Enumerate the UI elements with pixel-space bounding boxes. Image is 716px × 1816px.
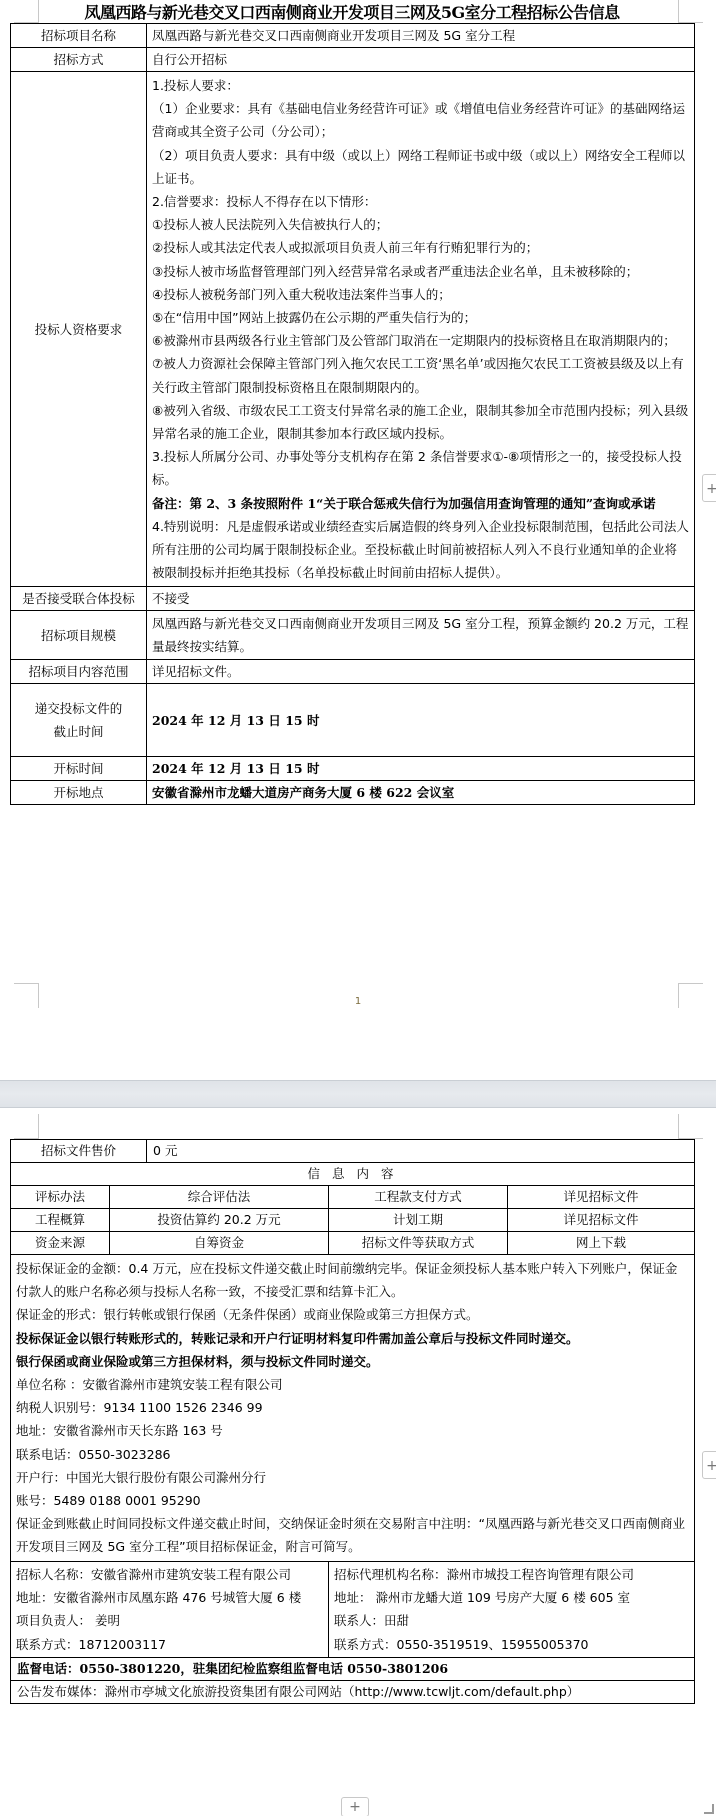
- table-row: 招标项目内容范围 详见招标文件。: [11, 660, 695, 684]
- deposit-bold-note-1: 投标保证金以银行转账形式的，转账记录和开户行证明材料复印件需加盖公章后与投标文件…: [16, 1327, 689, 1350]
- agent-address: 地址： 滁州市龙蟠大道 109 号房产大厦 6 楼 605 室: [334, 1586, 689, 1609]
- info-cell: 综合评估法: [110, 1186, 329, 1209]
- requirement-line: ④投标人被税务部门列入重大税收违法案件当事人的；: [152, 283, 689, 306]
- info-cell: 资金来源: [11, 1232, 110, 1255]
- info-cell: 详见招标文件: [508, 1209, 695, 1232]
- requirement-line: （1）企业要求：具有《基础电信业务经营许可证》或《增值电信业务经营许可证》的基础…: [152, 97, 689, 143]
- requirement-line: ①投标人被人民法院列入失信被执行人的；: [152, 213, 689, 236]
- page-number: 1: [0, 996, 716, 1007]
- requirement-line: 1.投标人要求：: [152, 74, 689, 97]
- table-row: 招标项目规模 凤凰西路与新光巷交叉口西南侧商业开发项目三网及 5G 室分工程，预…: [11, 611, 695, 660]
- info-cell: 评标办法: [11, 1186, 110, 1209]
- project-scale-value: 凤凰西路与新光巷交叉口西南侧商业开发项目三网及 5G 室分工程，预算金额约 20…: [147, 611, 695, 660]
- info-cell: 详见招标文件: [508, 1186, 695, 1209]
- consortium-label: 是否接受联合体投标: [11, 587, 147, 611]
- document-page-1: 凤凰西路与新光巷交叉口西南侧商业开发项目三网及5G室分工程招标公告信息 招标项目…: [0, 0, 716, 1080]
- requirement-line: （2）项目负责人要求：具有中级（或以上）网络工程师证书或中级（或以上）网络安全工…: [152, 144, 689, 190]
- plus-icon: +: [706, 1458, 716, 1474]
- info-section-header: 信 息 内 容: [11, 1163, 695, 1186]
- content-scope-value: 详见招标文件。: [147, 660, 695, 684]
- table-row: 工程概算 投资估算约 20.2 万元 计划工期 详见招标文件: [11, 1209, 695, 1232]
- agent-contact-person: 联系人：田甜: [334, 1609, 689, 1632]
- table-row: 评标办法 综合评估法 工程款支付方式 详见招标文件: [11, 1186, 695, 1209]
- deadline-label: 递交投标文件的 截止时间: [11, 684, 147, 757]
- price-value: 0 元: [147, 1140, 695, 1163]
- deposit-account: 账号：5489 0188 0001 95290: [16, 1489, 689, 1512]
- table-row: 监督电话：0550-3801220，驻集团纪检监察组监督电话 0550-3801…: [11, 1658, 695, 1681]
- info-cell: 网上下载: [508, 1232, 695, 1255]
- requirement-line: ⑤在“信用中国”网站上披露仍在公示期的严重失信行为的；: [152, 306, 689, 329]
- deadline-label-line2: 截止时间: [13, 720, 144, 743]
- project-name-label: 招标项目名称: [11, 24, 147, 48]
- requirement-line: ⑥被滁州市县两级各行业主管部门及公管部门取消在一定期限内的投标资格且在取消期限内…: [152, 329, 689, 352]
- table-row: 招标方式 自行公开招标: [11, 48, 695, 72]
- requirement-line: ③投标人被市场监督管理部门列入经营异常名录或者严重违法企业名单，且未被移除的；: [152, 260, 689, 283]
- deposit-bold-note-2: 银行保函或商业保险或第三方担保材料，须与投标文件同时递交。: [16, 1350, 689, 1373]
- document-title: 凤凰西路与新光巷交叉口西南侧商业开发项目三网及5G室分工程招标公告信息: [10, 2, 694, 24]
- add-row-button[interactable]: +: [702, 1451, 716, 1479]
- tender-details-table: 招标文件售价 0 元 信 息 内 容 评标办法 综合评估法 工程款支付方式 详见…: [10, 1139, 695, 1704]
- content-scope-label: 招标项目内容范围: [11, 660, 147, 684]
- table-row: 招标项目名称 凤凰西路与新光巷交叉口西南侧商业开发项目三网及 5G 室分工程: [11, 24, 695, 48]
- deposit-form: 保证金的形式：银行转帐或银行保函（无条件保函）或商业保险或第三方担保方式。: [16, 1303, 689, 1326]
- opening-time-value: 2024 年 12 月 13 日 15 时: [147, 757, 695, 781]
- info-cell: 招标文件等获取方式: [329, 1232, 508, 1255]
- table-row: 招标文件售价 0 元: [11, 1140, 695, 1163]
- info-cell: 工程款支付方式: [329, 1186, 508, 1209]
- deposit-amount: 投标保证金的金额：0.4 万元，应在投标文件递交截止时间前缴纳完毕。保证金须投标…: [16, 1257, 689, 1303]
- table-row: 招标人名称：安徽省滁州市建筑安装工程有限公司 地址：安徽省滁州市凤凰东路 476…: [11, 1561, 695, 1658]
- tender-method-label: 招标方式: [11, 48, 147, 72]
- plus-icon: +: [706, 481, 716, 497]
- page-separator: [0, 1080, 716, 1108]
- page-corner-mark: [678, 1114, 703, 1139]
- table-row: 资金来源 自筹资金 招标文件等获取方式 网上下载: [11, 1232, 695, 1255]
- deposit-tax-id: 纳税人识别号：9134 1100 1526 2346 99: [16, 1396, 689, 1419]
- requirement-line: 3.投标人所属分公司、办事处等分支机构存在第 2 条信誉要求①-⑧项情形之一的，…: [152, 445, 689, 491]
- project-name-value: 凤凰西路与新光巷交叉口西南侧商业开发项目三网及 5G 室分工程: [147, 24, 695, 48]
- info-cell: 工程概算: [11, 1209, 110, 1232]
- table-resize-handle[interactable]: [704, 1804, 714, 1814]
- table-row: 投标人资格要求 1.投标人要求： （1）企业要求：具有《基础电信业务经营许可证》…: [11, 72, 695, 587]
- add-row-button[interactable]: +: [702, 474, 716, 502]
- consortium-value: 不接受: [147, 587, 695, 611]
- info-cell: 投资估算约 20.2 万元: [110, 1209, 329, 1232]
- table-row: 信 息 内 容: [11, 1163, 695, 1186]
- table-row: 投标保证金的金额：0.4 万元，应在投标文件递交截止时间前缴纳完毕。保证金须投标…: [11, 1255, 695, 1562]
- opening-place-label: 开标地点: [11, 781, 147, 805]
- agent-phone: 联系方式：0550-3519519、15955005370: [334, 1633, 689, 1656]
- add-column-button[interactable]: +: [341, 1797, 369, 1816]
- tenderer-name: 招标人名称：安徽省滁州市建筑安装工程有限公司: [16, 1563, 323, 1586]
- deposit-phone: 联系电话：0550-3023286: [16, 1443, 689, 1466]
- publish-media: 公告发布媒体：滁州市亭城文化旅游投资集团有限公司网站（http://www.tc…: [11, 1681, 695, 1704]
- tenderer-address: 地址：安徽省滁州市凤凰东路 476 号城管大厦 6 楼: [16, 1586, 323, 1609]
- deposit-note: 保证金到账截止时间同投标文件递交截止时间，交纳保证金时须在交易附言中注明：“凤凰…: [16, 1512, 689, 1558]
- deposit-section: 投标保证金的金额：0.4 万元，应在投标文件递交截止时间前缴纳完毕。保证金须投标…: [11, 1255, 695, 1562]
- qualification-requirements: 1.投标人要求： （1）企业要求：具有《基础电信业务经营许可证》或《增值电信业务…: [147, 72, 695, 587]
- opening-place-value: 安徽省滁州市龙蟠大道房产商务大厦 6 楼 622 会议室: [147, 781, 695, 805]
- table-row: 递交投标文件的 截止时间 2024 年 12 月 13 日 15 时: [11, 684, 695, 757]
- info-cell: 自筹资金: [110, 1232, 329, 1255]
- requirement-line: ⑦被人力资源社会保障主管部门列入拖欠农民工工资‘黑名单’或因拖欠农民工工资被县级…: [152, 352, 689, 398]
- tender-method-value: 自行公开招标: [147, 48, 695, 72]
- table-row: 是否接受联合体投标 不接受: [11, 587, 695, 611]
- qualification-label: 投标人资格要求: [11, 72, 147, 587]
- deadline-label-line1: 递交投标文件的: [13, 697, 144, 720]
- deposit-bank: 开户行：中国光大银行股份有限公司滁州分行: [16, 1466, 689, 1489]
- requirement-line: 2.信誉要求：投标人不得存在以下情形：: [152, 190, 689, 213]
- project-scale-label: 招标项目规模: [11, 611, 147, 660]
- opening-time-label: 开标时间: [11, 757, 147, 781]
- table-row: 公告发布媒体：滁州市亭城文化旅游投资集团有限公司网站（http://www.tc…: [11, 1681, 695, 1704]
- requirement-line: ②投标人或其法定代表人或拟派项目负责人前三年有行贿犯罪行为的；: [152, 236, 689, 259]
- price-label: 招标文件售价: [11, 1140, 147, 1163]
- requirement-line: ⑧被列入省级、市级农民工工资支付异常名录的施工企业，限制其参加全市范围内投标；列…: [152, 399, 689, 445]
- tenderer-contact: 招标人名称：安徽省滁州市建筑安装工程有限公司 地址：安徽省滁州市凤凰东路 476…: [11, 1561, 329, 1658]
- deposit-address: 地址：安徽省滁州市天长东路 163 号: [16, 1419, 689, 1442]
- tenderer-phone: 联系方式：18712003117: [16, 1633, 323, 1656]
- document-page-2: 招标文件售价 0 元 信 息 内 容 评标办法 综合评估法 工程款支付方式 详见…: [0, 1108, 716, 1816]
- tender-info-table: 招标项目名称 凤凰西路与新光巷交叉口西南侧商业开发项目三网及 5G 室分工程 招…: [10, 23, 695, 805]
- table-row: 开标地点 安徽省滁州市龙蟠大道房产商务大厦 6 楼 622 会议室: [11, 781, 695, 805]
- info-cell: 计划工期: [329, 1209, 508, 1232]
- page-corner-mark: [14, 1114, 39, 1139]
- agent-contact: 招标代理机构名称：滁州市城投工程咨询管理有限公司 地址： 滁州市龙蟠大道 109…: [329, 1561, 695, 1658]
- agent-name: 招标代理机构名称：滁州市城投工程咨询管理有限公司: [334, 1563, 689, 1586]
- table-row: 开标时间 2024 年 12 月 13 日 15 时: [11, 757, 695, 781]
- requirement-note: 备注：第 2、3 条按照附件 1“关于联合惩戒失信行为加强信用查询管理的通知”查…: [152, 492, 689, 515]
- deposit-unit-name: 单位名称 ：安徽省滁州市建筑安装工程有限公司: [16, 1373, 689, 1396]
- tenderer-manager: 项目负责人： 姜明: [16, 1609, 323, 1632]
- special-statement: 4.特别说明：凡是虚假承诺或业绩经查实后属造假的终身列入企业投标限制范围，包括此…: [152, 515, 689, 585]
- supervision-phone: 监督电话：0550-3801220，驻集团纪检监察组监督电话 0550-3801…: [11, 1658, 695, 1681]
- plus-icon: +: [349, 1799, 361, 1815]
- deadline-value: 2024 年 12 月 13 日 15 时: [147, 684, 695, 757]
